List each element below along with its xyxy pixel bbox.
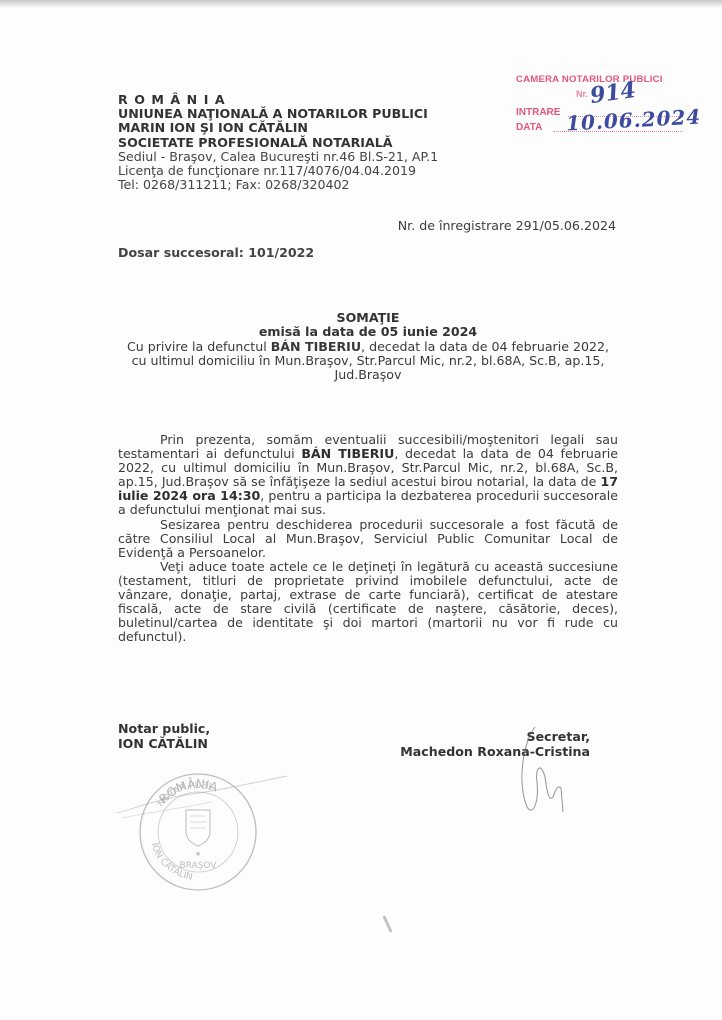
summons-issue-date: emisă la data de 05 iunie 2024 bbox=[118, 325, 618, 339]
letterhead-license: Licenţa de funcţionare nr.117/4076/04.04… bbox=[118, 164, 478, 178]
summons-body: Prin prezenta, somăm eventualii succesib… bbox=[118, 433, 618, 644]
paragraph-summons: Prin prezenta, somăm eventualii succesib… bbox=[118, 433, 618, 518]
letterhead-office: MARIN ION ŞI ION CĂTĂLIN bbox=[118, 121, 478, 135]
deceased-name: BÁN TIBERIU bbox=[271, 339, 361, 354]
paragraph-documents: Veţi aduce toate actele ce le deţineţi î… bbox=[118, 560, 618, 645]
letterhead-union: UNIUNEA NAŢIONALĂ A NOTARILOR PUBLICI bbox=[118, 107, 478, 121]
summons-subject: Cu privire la defunctul BÁN TIBERIU, dec… bbox=[118, 340, 618, 383]
paragraph-referral: Sesizarea pentru deschiderea procedurii … bbox=[118, 518, 618, 560]
letterhead-country: ROMÂNIA bbox=[118, 93, 478, 107]
scan-smudge bbox=[382, 915, 392, 933]
notary-name: ION CĂTĂLIN bbox=[118, 737, 210, 752]
svg-text:★: ★ bbox=[195, 850, 201, 858]
subject-prefix: Cu privire la defunctul bbox=[127, 339, 271, 354]
entry-stamp-intrare-label: INTRARE bbox=[516, 107, 560, 118]
secretary-signature-icon bbox=[505, 722, 575, 822]
entry-stamp-nr-value: 914 bbox=[588, 77, 637, 109]
summons-title-block: SOMAŢIE emisă la data de 05 iunie 2024 C… bbox=[118, 311, 618, 382]
entry-stamp-data-label: DATA bbox=[516, 122, 542, 133]
registration-number: Nr. de înregistrare 291/05.06.2024 bbox=[398, 218, 616, 233]
entry-stamp-nr-label: Nr. bbox=[576, 89, 588, 99]
notary-seal-icon: ROMÂNIA ION CĂTĂLIN NOTAR PUBLIC ★ BRAŞO… bbox=[136, 770, 260, 894]
deceased-name: BÁN TIBERIU bbox=[301, 446, 394, 461]
file-number: Dosar succesoral: 101/2022 bbox=[118, 245, 314, 260]
scan-edge-shadow bbox=[0, 0, 722, 8]
letterhead: ROMÂNIA UNIUNEA NAŢIONALĂ A NOTARILOR PU… bbox=[118, 93, 478, 192]
notary-role: Notar public, bbox=[118, 722, 210, 737]
letterhead-address: Sediul - Braşov, Calea Bucureşti nr.46 B… bbox=[118, 150, 478, 164]
svg-text:BRAŞOV: BRAŞOV bbox=[179, 861, 217, 871]
entry-stamp: CAMERA NOTARILOR PUBLICI Nr. 914 INTRARE… bbox=[508, 74, 698, 134]
letterhead-contact: Tel: 0268/311211; Fax: 0268/320402 bbox=[118, 178, 478, 192]
summons-heading: SOMAŢIE bbox=[118, 311, 618, 325]
letterhead-company-type: SOCIETATE PROFESIONALĂ NOTARIALĂ bbox=[118, 136, 478, 150]
notary-signature-block: Notar public, ION CĂTĂLIN bbox=[118, 722, 210, 751]
